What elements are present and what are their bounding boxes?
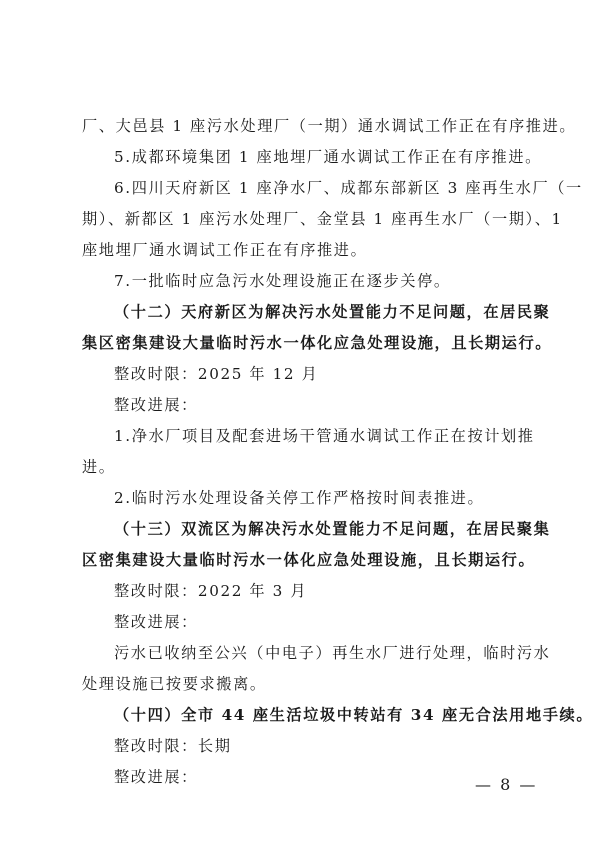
section-heading-13-cont: 区密集建设大量临时污水一体化应急处理设施，且长期运行。 bbox=[82, 550, 535, 570]
text-line: 1.净水厂项目及配套进场干管通水调试工作正在按计划推 bbox=[114, 426, 535, 446]
text-line: 5.成都环境集团 1 座地埋厂通水调试工作正在有序推进。 bbox=[114, 147, 542, 167]
text-line: 座地埋厂通水调试工作正在有序推进。 bbox=[82, 240, 367, 260]
section-heading-12: （十二）天府新区为解决污水处置能力不足问题，在居民聚 bbox=[114, 302, 550, 322]
document-page: 厂、大邑县 1 座污水处理厂（一期）通水调试工作正在有序推进。 5.成都环境集团… bbox=[0, 0, 600, 848]
deadline-line: 整改时限：2025 年 12 月 bbox=[114, 364, 318, 384]
text-line: 6.四川天府新区 1 座净水厂、成都东部新区 3 座再生水厂（一 bbox=[114, 178, 583, 198]
section-heading-12-cont: 集区密集建设大量临时污水一体化应急处理设施，且长期运行。 bbox=[82, 333, 552, 353]
progress-label: 整改进展： bbox=[114, 612, 198, 632]
text-line: 污水已收纳至公兴（中电子）再生水厂进行处理，临时污水 bbox=[114, 643, 550, 663]
text-line: 厂、大邑县 1 座污水处理厂（一期）通水调试工作正在有序推进。 bbox=[82, 116, 576, 136]
section-heading-13: （十三）双流区为解决污水处置能力不足问题，在居民聚集 bbox=[114, 519, 550, 539]
text-line: 进。 bbox=[82, 457, 116, 477]
page-number: — 8 — bbox=[475, 775, 537, 794]
text-line: 2.临时污水处理设备关停工作严格按时间表推进。 bbox=[114, 488, 484, 508]
progress-label: 整改进展： bbox=[114, 395, 198, 415]
section-heading-14: （十四）全市 44 座生活垃圾中转站有 34 座无合法用地手续。 bbox=[114, 705, 593, 725]
progress-label: 整改进展： bbox=[114, 767, 198, 787]
text-line: 处理设施已按要求搬离。 bbox=[82, 674, 267, 694]
deadline-line: 整改时限：2022 年 3 月 bbox=[114, 581, 307, 601]
text-line: 期）、新都区 1 座污水处理厂、金堂县 1 座再生水厂（一期）、1 bbox=[82, 209, 563, 229]
deadline-line: 整改时限：长期 bbox=[114, 736, 232, 756]
text-line: 7.一批临时应急污水处理设施正在逐步关停。 bbox=[114, 271, 451, 291]
